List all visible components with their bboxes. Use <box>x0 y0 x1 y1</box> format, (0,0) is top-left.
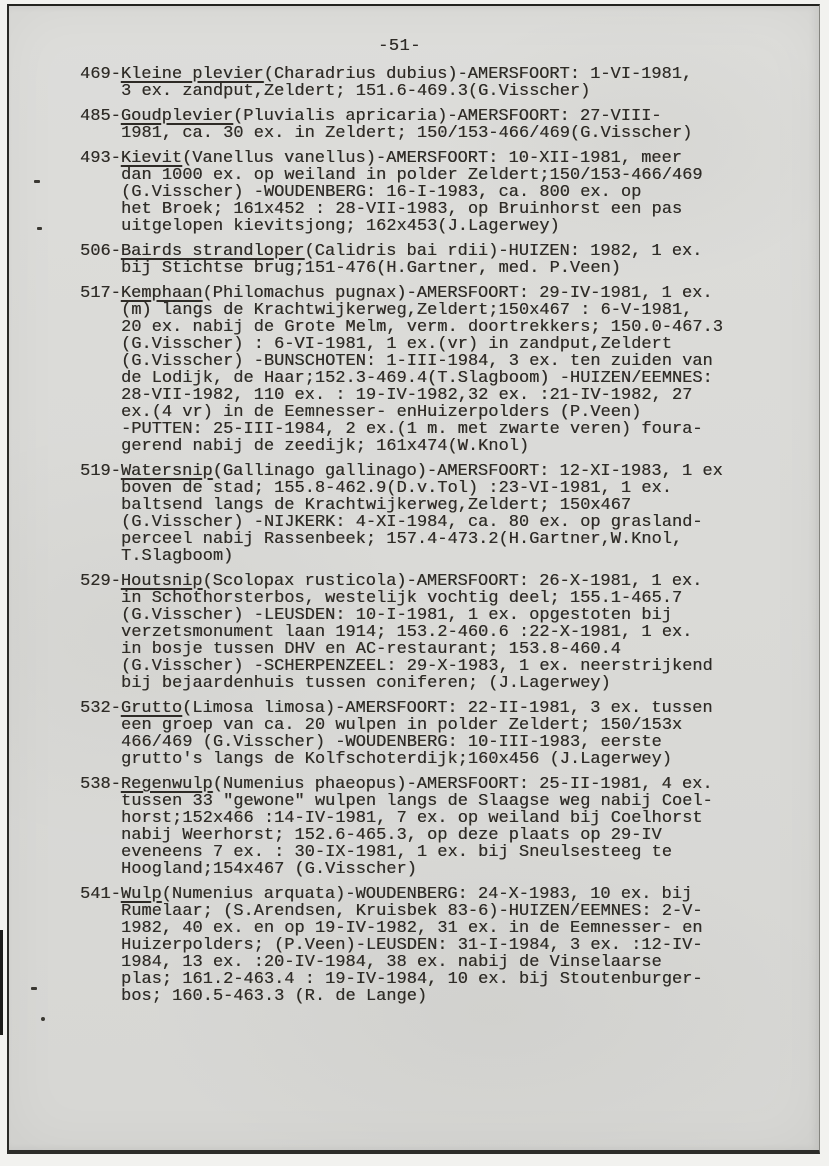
scanned-document-page: -51- 469-Kleine plevier(Charadrius dubiu… <box>0 0 829 1166</box>
entry-line: bij Stichtse brug;151-476(H.Gartner, med… <box>121 260 719 277</box>
entry-number: 538- <box>80 775 121 794</box>
entry-line: nabij Weerhorst; 152.6-465.3, op deze pl… <box>121 827 719 844</box>
species-entry: 506-Bairds strandloper(Calidris bai rdii… <box>80 243 719 277</box>
entry-line: verzetsmonument laan 1914; 153.2-460.6 :… <box>121 624 719 641</box>
entry-number: 506- <box>80 242 121 261</box>
entry-line: boven de stad; 155.8-462.9(D.v.Tol) :23-… <box>121 480 719 497</box>
entry-line: 20 ex. nabij de Grote Melm, verm. doortr… <box>121 319 719 336</box>
entry-line: 1982, 40 ex. en op 19-IV-1982, 31 ex. in… <box>121 920 719 937</box>
entry-first-line: 469-Kleine plevier(Charadrius dubius)-AM… <box>80 66 719 83</box>
entry-line: 466/469 (G.Visscher) -WOUDENBERG: 10-III… <box>121 734 719 751</box>
entry-line: 1984, 13 ex. :20-IV-1984, 38 ex. nabij d… <box>121 954 719 971</box>
entry-number: 532- <box>80 699 121 718</box>
entry-first-line: 538-Regenwulp(Numenius phaeopus)-AMERSFO… <box>80 776 719 793</box>
entry-line: (G.Visscher) -NIJKERK: 4-XI-1984, ca. 80… <box>121 514 719 531</box>
entry-first-line: 529-Houtsnip(Scolopax rusticola)-AMERSFO… <box>80 573 719 590</box>
species-entry: 538-Regenwulp(Numenius phaeopus)-AMERSFO… <box>80 776 719 878</box>
entry-first-line: 541-Wulp(Numenius arquata)-WOUDENBERG: 2… <box>80 886 719 903</box>
entry-line: -PUTTEN: 25-III-1984, 2 ex.(1 m. met zwa… <box>121 421 719 438</box>
entry-first-line: 485-Goudplevier(Pluvialis apricaria)-AME… <box>80 108 719 125</box>
entry-line: gerend nabij de zeedijk; 161x474(W.Knol) <box>121 438 719 455</box>
entry-line: bij bejaardenhuis tussen coniferen; (J.L… <box>121 675 719 692</box>
entry-first-line: 493-Kievit(Vanellus vanellus)-AMERSFOORT… <box>80 150 719 167</box>
entry-number: 485- <box>80 107 121 126</box>
entry-line: in bosje tussen DHV en AC-restaurant; 15… <box>121 641 719 658</box>
entry-number: 493- <box>80 149 121 168</box>
entry-line: het Broek; 161x452 : 28-VII-1983, op Bru… <box>121 201 719 218</box>
entry-line: baltsend langs de Krachtwijkerweg,Zelder… <box>121 497 719 514</box>
paper: -51- 469-Kleine plevier(Charadrius dubiu… <box>7 4 820 1154</box>
page-content: -51- 469-Kleine plevier(Charadrius dubiu… <box>9 6 819 1005</box>
entry-line: eveneens 7 ex. : 30-IX-1981, 1 ex. bij S… <box>121 844 719 861</box>
entry-first-line: 506-Bairds strandloper(Calidris bai rdii… <box>80 243 719 260</box>
species-entry: 517-Kemphaan(Philomachus pugnax)-AMERSFO… <box>80 285 719 455</box>
entry-line: (G.Visscher) -SCHERPENZEEL: 29-X-1983, 1… <box>121 658 719 675</box>
entry-line: 3 ex. zandput,Zeldert; 151.6-469.3(G.Vis… <box>121 83 719 100</box>
entry-line: in Schothorsterbos, westelijk vochtig de… <box>121 590 719 607</box>
entry-line: (G.Visscher) -LEUSDEN: 10-I-1981, 1 ex. … <box>121 607 719 624</box>
entry-number: 541- <box>80 885 121 904</box>
entry-line: perceel nabij Rassenbeek; 157.4-473.2(H.… <box>121 531 719 548</box>
entry-number: 469- <box>80 65 121 84</box>
entry-line: plas; 161.2-463.4 : 19-IV-1984, 10 ex. b… <box>121 971 719 988</box>
page-number: -51- <box>80 38 719 55</box>
entry-number: 517- <box>80 284 121 303</box>
entry-line: (G.Visscher) -BUNSCHOTEN: 1-III-1984, 3 … <box>121 353 719 370</box>
scan-speck <box>41 1017 45 1021</box>
scan-edge-shadow <box>0 930 3 1035</box>
entry-line: (G.Visscher) : 6-VI-1981, 1 ex.(vr) in z… <box>121 336 719 353</box>
entry-line: uitgelopen kievitsjong; 162x453(J.Lagerw… <box>121 218 719 235</box>
entry-first-line: 519-Watersnip(Gallinago gallinago)-AMERS… <box>80 463 719 480</box>
entry-first-line: 532-Grutto(Limosa limosa)-AMERSFOORT: 22… <box>80 700 719 717</box>
entry-line: de Lodijk, de Haar;152.3-469.4(T.Slagboo… <box>121 370 719 387</box>
species-entry: 485-Goudplevier(Pluvialis apricaria)-AME… <box>80 108 719 142</box>
species-entry: 541-Wulp(Numenius arquata)-WOUDENBERG: 2… <box>80 886 719 1005</box>
entry-line: Rumelaar; (S.Arendsen, Kruisbek 83-6)-HU… <box>121 903 719 920</box>
entry-line: horst;152x466 :14-IV-1981, 7 ex. op weil… <box>121 810 719 827</box>
entry-line: 1981, ca. 30 ex. in Zeldert; 150/153-466… <box>121 125 719 142</box>
entry-number: 529- <box>80 572 121 591</box>
species-entry: 519-Watersnip(Gallinago gallinago)-AMERS… <box>80 463 719 565</box>
entry-line: (G.Visscher) -WOUDENBERG: 16-I-1983, ca.… <box>121 184 719 201</box>
entry-first-line: 517-Kemphaan(Philomachus pugnax)-AMERSFO… <box>80 285 719 302</box>
entry-line: Hoogland;154x467 (G.Visscher) <box>121 861 719 878</box>
entry-number: 519- <box>80 462 121 481</box>
entry-line: tussen 33 "gewone" wulpen langs de Slaag… <box>121 793 719 810</box>
species-entry: 469-Kleine plevier(Charadrius dubius)-AM… <box>80 66 719 100</box>
entry-line: 28-VII-1982, 110 ex. : 19-IV-1982,32 ex.… <box>121 387 719 404</box>
entry-line: grutto's langs de Kolfschoterdijk;160x45… <box>121 751 719 768</box>
entry-line: bos; 160.5-463.3 (R. de Lange) <box>121 988 719 1005</box>
species-entry: 532-Grutto(Limosa limosa)-AMERSFOORT: 22… <box>80 700 719 768</box>
entry-line: een groep van ca. 20 wulpen in polder Ze… <box>121 717 719 734</box>
entry-line: dan 1000 ex. op weiland in polder Zelder… <box>121 167 719 184</box>
entry-line: T.Slagboom) <box>121 548 719 565</box>
entry-line: ex.(4 vr) in de Eemnesser- enHuizerpolde… <box>121 404 719 421</box>
species-entry: 529-Houtsnip(Scolopax rusticola)-AMERSFO… <box>80 573 719 692</box>
entry-line: Huizerpolders; (P.Veen)-LEUSDEN: 31-I-19… <box>121 937 719 954</box>
entry-line: (m) langs de Krachtwijkerweg,Zeldert;150… <box>121 302 719 319</box>
entries: 469-Kleine plevier(Charadrius dubius)-AM… <box>80 66 719 1005</box>
species-entry: 493-Kievit(Vanellus vanellus)-AMERSFOORT… <box>80 150 719 235</box>
